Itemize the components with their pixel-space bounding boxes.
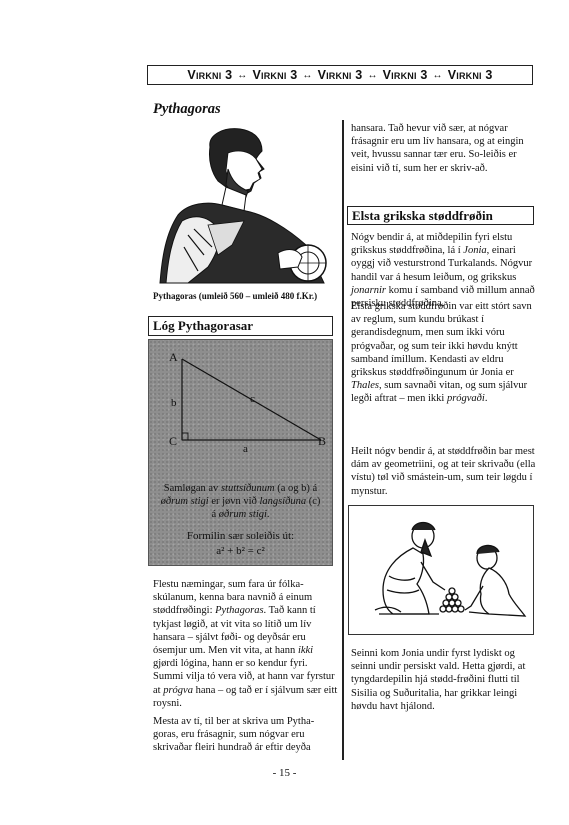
text-italic: prógvaði: [447, 393, 485, 404]
banner-item: Virkni 3: [318, 68, 363, 82]
vertex-label-a: A: [169, 350, 178, 365]
banner-item: Virkni 3: [252, 68, 297, 82]
banner-item: Virkni 3: [383, 68, 428, 82]
text-italic: stuttsíðunum: [221, 483, 275, 494]
section-heading-greek-math: Elsta grikska støddfrøðin: [347, 206, 534, 225]
pythagoras-portrait-icon: [148, 125, 333, 285]
vertex-label-c: C: [169, 434, 177, 449]
column-divider: [342, 120, 344, 760]
text-italic: øðrum stigi: [219, 509, 267, 520]
portrait-caption: Pythagoras (umleið 560 – umleið 480 f.Kr…: [153, 291, 317, 301]
pythagoras-theorem-figure: A C B b c a Samløgan av stuttsíðunum (a …: [148, 339, 333, 566]
text-italic: ikki: [298, 645, 313, 656]
vertex-label-b: B: [318, 434, 326, 449]
later-history-paragraph: Seinni kom Jonia undir fyrst lydiskt og …: [351, 647, 536, 713]
formula-intro: Formilin sær soleiðis út:: [149, 530, 332, 542]
double-arrow-icon: ↔: [367, 70, 377, 81]
man-and-boy-counting-pebbles-icon: [349, 506, 533, 633]
illustration-frame: [348, 505, 534, 635]
text: á: [211, 509, 218, 520]
page-number: - 15 -: [0, 767, 569, 779]
text: .: [485, 393, 488, 404]
thales-paragraph: Elsta grikska støddfrøðin var eitt stórt…: [351, 300, 536, 406]
text: (a og b) á: [275, 483, 318, 494]
text-italic: langsíðuna: [259, 496, 306, 507]
text: .: [267, 509, 270, 520]
jonia-paragraph: Nógv bendir á, at miðdepilin fyri elstu …: [351, 231, 536, 310]
double-arrow-icon: ↔: [302, 70, 312, 81]
intro-paragraph: Flestu næmingar, sum fara úr fólka-skúla…: [153, 578, 338, 710]
text-italic: jonarnir: [351, 285, 386, 296]
side-label-c: c: [250, 393, 255, 405]
text-italic: Thales: [351, 380, 379, 391]
banner-item: Virkni 3: [187, 68, 232, 82]
banner-item: Virkni 3: [448, 68, 493, 82]
text-italic: Pythagoras: [215, 605, 263, 616]
chapter-banner: Virkni 3 ↔ Virkni 3 ↔ Virkni 3 ↔ Virkni …: [147, 65, 533, 85]
continued-paragraph: hansara. Tað hevur við sær, at nógvar fr…: [351, 122, 536, 175]
section-heading-pythagoras-law: Lóg Pythagorasar: [148, 316, 333, 336]
side-label-b: b: [171, 397, 177, 409]
text: (c): [306, 496, 320, 507]
text: er jøvn við: [209, 496, 260, 507]
sources-paragraph: Mesta av tí, til ber at skriva um Pytha-…: [153, 715, 338, 755]
side-label-a: a: [243, 443, 248, 455]
text: Samløgan av: [164, 483, 221, 494]
text-italic: Jonia: [463, 245, 486, 256]
double-arrow-icon: ↔: [237, 70, 247, 81]
double-arrow-icon: ↔: [433, 70, 443, 81]
pythagorean-formula: a² + b² = c²: [149, 545, 332, 557]
text: Elsta grikska støddfrøðin var eitt stórt…: [351, 301, 532, 378]
page-title: Pythagoras: [153, 101, 221, 118]
text-italic: prógva: [163, 685, 193, 696]
theorem-statement: Samløgan av stuttsíðunum (a og b) á øðru…: [149, 482, 332, 521]
geometry-paragraph: Heilt nógv bendir á, at støddfrøðin bar …: [351, 445, 536, 498]
text-italic: øðrum stigi: [161, 496, 209, 507]
